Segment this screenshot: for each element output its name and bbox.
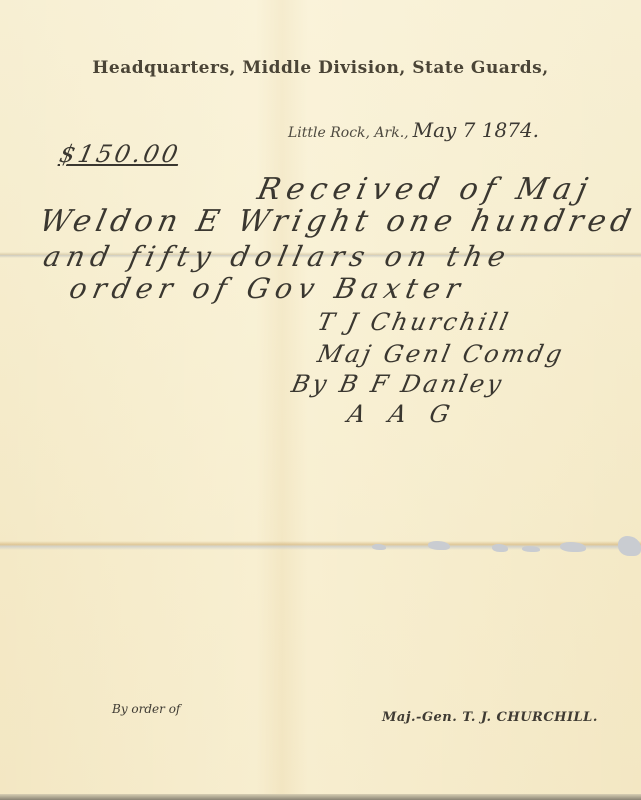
body-line: order of Gov Baxter: [66, 272, 468, 305]
body-line: Received of Maj: [254, 172, 596, 207]
body-line: Weldon E Wright one hundred: [36, 204, 638, 239]
body-line: and fifty dollars on the: [40, 240, 514, 273]
date-handwritten: May 7 1874.: [413, 118, 539, 142]
paper-tear: [522, 546, 540, 552]
paper-bottom-edge: [0, 794, 641, 800]
fold-crease-lower: [0, 541, 641, 550]
footer-commander: Maj.-Gen. T. J. CHURCHILL.: [382, 710, 598, 725]
footer-by-order: By order of: [112, 702, 180, 716]
paper-tear: [560, 542, 586, 552]
signature-line: T J Churchill: [315, 308, 514, 336]
paper-tear: [372, 544, 386, 550]
letterhead: Headquarters, Middle Division, State Gua…: [0, 58, 641, 78]
signature-line: By B F Danley: [289, 370, 507, 398]
place-printed: Little Rock, Ark.,: [288, 125, 409, 141]
signature-line: Maj Genl Comdg: [315, 340, 567, 368]
place-and-date: Little Rock, Ark.,May 7 1874.: [288, 118, 539, 142]
signature-line: A A G: [345, 400, 460, 428]
paper-tear: [428, 541, 450, 550]
amount: $150.00: [57, 140, 183, 168]
paper-tear: [492, 544, 508, 552]
